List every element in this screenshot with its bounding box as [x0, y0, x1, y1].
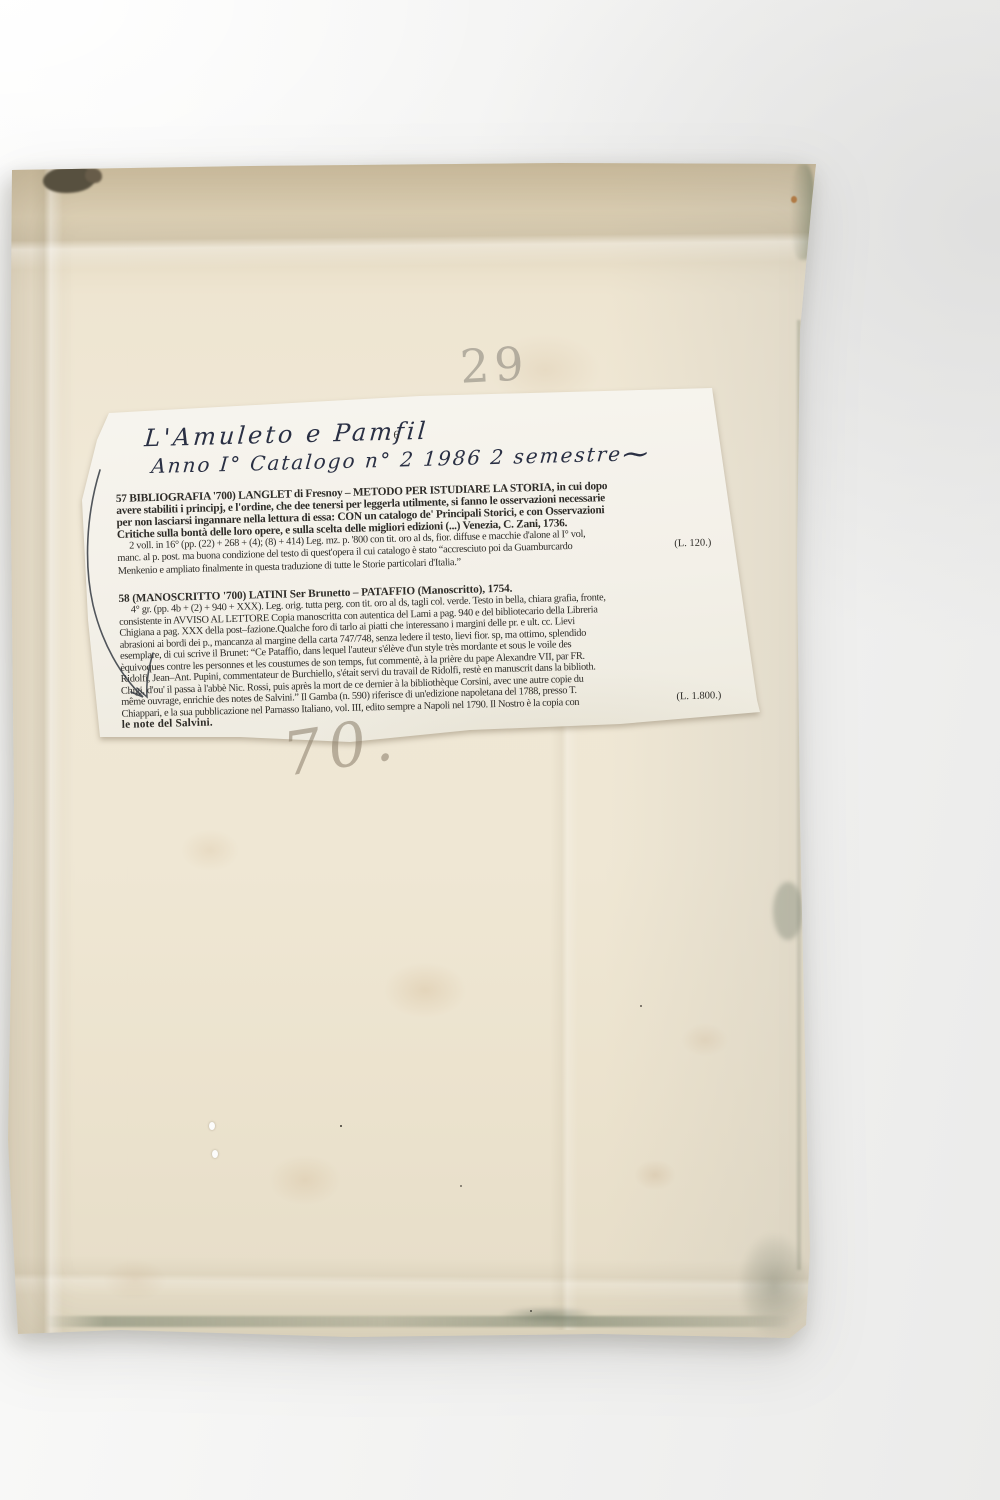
- pasted-catalog-clipping: L'Amuleto e Pamfil Anno I° Catalogo n° 2…: [80, 385, 770, 750]
- pencil-note-29: 29: [459, 336, 530, 394]
- entry-57-price: (L. 120.): [674, 537, 711, 549]
- catalog-entry-58: 58 (MANOSCRITTO '700) LATINI Ser Brunett…: [118, 578, 721, 732]
- foxing-spots: [5, 160, 845, 1345]
- printed-mark-6: 6: [393, 428, 399, 443]
- worm-hole: [209, 1122, 215, 1130]
- handwriting-squiggle: ~: [612, 436, 656, 471]
- vellum-book-cover: 29: [5, 160, 845, 1345]
- catalog-entry-57: 57 BIBLIOGRAFIA '700) LANGLET di Fresnoy…: [116, 477, 718, 577]
- clipping-content: L'Amuleto e Pamfil Anno I° Catalogo n° 2…: [114, 409, 722, 731]
- bottom-edge-grime: [45, 1316, 790, 1327]
- bottom-wrinkle: [5, 1255, 845, 1301]
- bottom-edge-grime-bump: [500, 1306, 595, 1324]
- ink-specks: [340, 1125, 342, 1127]
- right-middle-smudge: [773, 882, 803, 940]
- rust-spot: [791, 196, 797, 203]
- entry-58-price: (L. 1.800.): [676, 690, 721, 702]
- top-wrinkle: [5, 208, 846, 271]
- worm-hole: [212, 1150, 218, 1158]
- top-left-ink-stain-dot: [85, 168, 102, 183]
- pen-bracket-mark: [80, 425, 180, 715]
- left-fold-crease: [31, 160, 63, 1345]
